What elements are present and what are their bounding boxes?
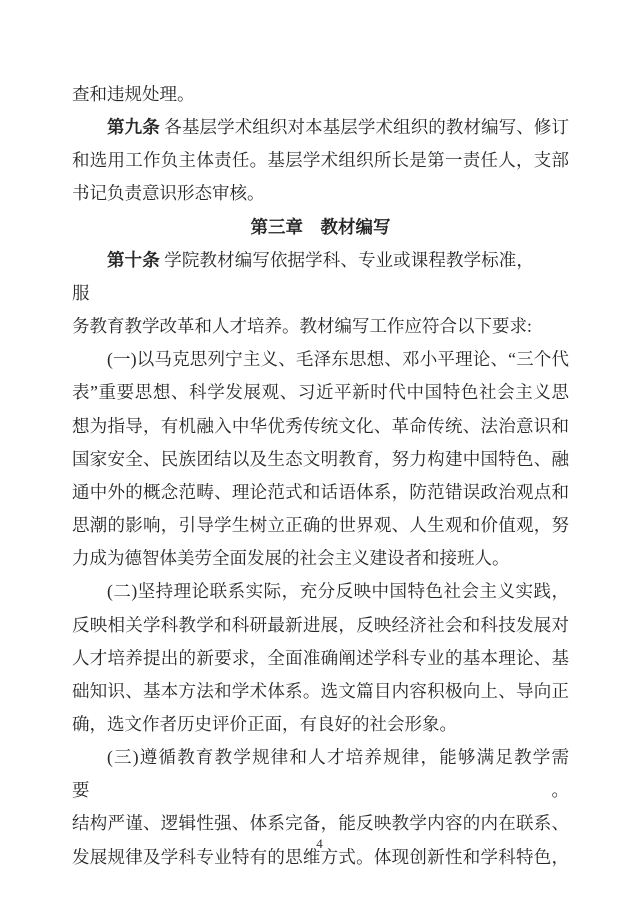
- article-number-bold: 第九条: [107, 117, 160, 137]
- line-text: 表”重要思想、科学发展观、习近平新时代中国特色社会主义思: [72, 382, 569, 402]
- line-text: (二)坚持理论联系实际，充分反映中国特色社会主义实践，: [107, 581, 569, 601]
- article-number-bold: 第十条: [107, 250, 160, 270]
- text-line: 想为指导，有机融入中华优秀传统文化、革命传统、法治意识和: [72, 410, 569, 443]
- text-line: 务教育教学改革和人才培养。教材编写工作应符合以下要求:: [72, 310, 569, 343]
- text-line-item-3: (三)遵循教育教学规律和人才培养规律，能够满足教学需要。: [72, 741, 569, 807]
- text-line-item-1: (一)以马克思列宁主义、毛泽东思想、邓小平理论、“三个代: [72, 343, 569, 376]
- text-line: 反映相关学科教学和科研最新进展，反映经济社会和科技发展对: [72, 609, 569, 642]
- chapter-heading: 第三章 教材编写: [72, 211, 569, 244]
- text-line: 查和违规处理。: [72, 78, 569, 111]
- text-line: 表”重要思想、科学发展观、习近平新时代中国特色社会主义思: [72, 376, 569, 409]
- line-text: 和选用工作负主体责任。基层学术组织所长是第一责任人，支部: [72, 150, 569, 170]
- line-text: 力成为德智体美劳全面发展的社会主义建设者和接班人。: [72, 548, 510, 568]
- text-line: 书记负责意识形态审核。: [72, 177, 569, 210]
- text-line: 思潮的影响，引导学生树立正确的世界观、人生观和价值观，努: [72, 509, 569, 542]
- line-text: 人才培养提出的新要求，全面准确阐述学科专业的基本理论、基: [72, 648, 569, 668]
- line-text: 想为指导，有机融入中华优秀传统文化、革命传统、法治意识和: [72, 416, 569, 436]
- document-text-block: 查和违规处理。 第九条 各基层学术组织对本基层学术组织的教材编写、修订 和选用工…: [72, 78, 569, 874]
- text-line: 人才培养提出的新要求，全面准确阐述学科专业的基本理论、基: [72, 642, 569, 675]
- line-text: 务教育教学改革和人才培养。教材编写工作应符合以下要求:: [72, 316, 532, 336]
- chapter-heading-text: 第三章 教材编写: [251, 217, 391, 237]
- line-text: 确，选文作者历史评价正面，有良好的社会形象。: [72, 714, 457, 734]
- text-line: 和选用工作负主体责任。基层学术组织所长是第一责任人，支部: [72, 144, 569, 177]
- page-number: 4: [0, 836, 639, 852]
- line-text: 通中外的概念范畴、理论范式和话语体系，防范错误政治观点和: [72, 482, 569, 502]
- text-line-article-9: 第九条 各基层学术组织对本基层学术组织的教材编写、修订: [72, 111, 569, 144]
- text-line: 通中外的概念范畴、理论范式和话语体系，防范错误政治观点和: [72, 476, 569, 509]
- text-line-item-2: (二)坚持理论联系实际，充分反映中国特色社会主义实践，: [72, 575, 569, 608]
- line-text: 结构严谨、逻辑性强、体系完备，能反映教学内容的内在联系、: [72, 813, 569, 833]
- line-text: 书记负责意识形态审核。: [72, 183, 265, 203]
- text-line: 础知识、基本方法和学术体系。选文篇目内容积极向上、导向正: [72, 675, 569, 708]
- line-text: 础知识、基本方法和学术体系。选文篇目内容积极向上、导向正: [72, 681, 569, 701]
- line-text: 思潮的影响，引导学生树立正确的世界观、人生观和价值观，努: [72, 515, 569, 535]
- line-text: 反映相关学科教学和科研最新进展，反映经济社会和科技发展对: [72, 615, 569, 635]
- text-line-article-10: 第十条 学院教材编写依据学科、专业或课程教学标准， 服: [72, 244, 569, 310]
- text-line: 国家安全、民族团结以及生态文明教育，努力构建中国特色、融: [72, 443, 569, 476]
- document-page: 查和违规处理。 第九条 各基层学术组织对本基层学术组织的教材编写、修订 和选用工…: [0, 0, 639, 904]
- line-text: (一)以马克思列宁主义、毛泽东思想、邓小平理论、“三个代: [107, 349, 569, 369]
- line-text: 查和违规处理。: [72, 84, 195, 104]
- text-line: 力成为德智体美劳全面发展的社会主义建设者和接班人。: [72, 542, 569, 575]
- line-text: 各基层学术组织对本基层学术组织的教材编写、修订: [160, 117, 569, 137]
- line-text: (三)遵循教育教学规律和人才培养规律，能够满足教学需要。: [72, 747, 569, 800]
- line-text: 国家安全、民族团结以及生态文明教育，努力构建中国特色、融: [72, 449, 569, 469]
- text-line: 确，选文作者历史评价正面，有良好的社会形象。: [72, 708, 569, 741]
